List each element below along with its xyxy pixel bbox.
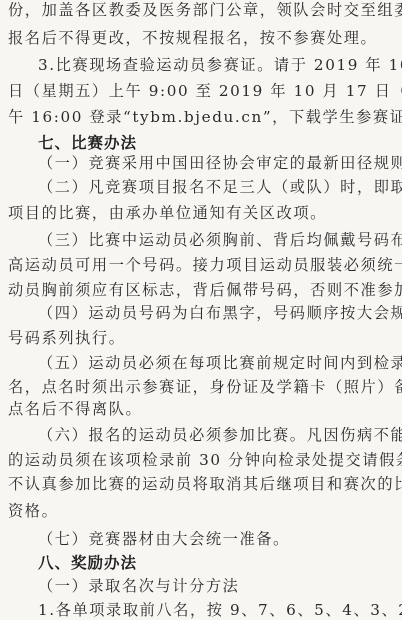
text-line: 动员胸前须应有区标志，背后佩带号码，否则不准参加比赛。 <box>8 280 396 300</box>
section-heading-seven: 七、比赛办法 <box>38 133 396 153</box>
text-line: 报名后不得更改，不按规程报名，按不参赛处理。 <box>8 28 396 48</box>
text-line: 名，点名时须出示参赛证，身份证及学籍卡（照片）备查， <box>8 377 396 397</box>
text-line: （一）竞赛采用中国田径协会审定的最新田径规则。 <box>38 153 396 173</box>
text-line: （六）报名的运动员必须参加比赛。凡因伤病不能参赛 <box>38 425 396 445</box>
text-line: 1.各单项录取前八名，按 9、7、6、5、4、3、2、1 记 <box>38 600 396 620</box>
text-line: （五）运动员必须在每项比赛前规定时间内到检录处点 <box>38 353 396 373</box>
text-line: （七）竞赛器材由大会统一准备。 <box>38 529 396 549</box>
text-line: 不认真参加比赛的运动员将取消其后继项目和赛次的比赛 <box>8 474 396 494</box>
document-page: 份，加盖各区教委及医务部门公章，领队会时交至组委会。 报名后不得更改，不按规程报… <box>0 0 402 620</box>
subsection-heading: （一）录取名次与计分方法 <box>38 576 396 596</box>
section-heading-eight: 八、奖励办法 <box>38 553 396 573</box>
text-line: 午 16:00 登录“tybm.bjedu.cn”，下载学生参赛证。 <box>8 107 396 127</box>
text-line: 日（星期五）上午 9:00 至 2019 年 10 月 17 日（星期四）下 <box>8 81 396 101</box>
text-line: 项目的比赛，由承办单位通知有关区改项。 <box>8 203 396 223</box>
text-line: （二）凡竞赛项目报名不足三人（或队）时，即取消该 <box>38 177 396 197</box>
text-line: 高运动员可用一个号码。接力项目运动员服装必须统一，运 <box>8 255 396 275</box>
text-line: （四）运动员号码为白布黑字，号码顺序按大会规定的 <box>38 303 396 323</box>
text-line: 份，加盖各区教委及医务部门公章，领队会时交至组委会。 <box>8 0 396 20</box>
text-line: 3.比赛现场查验运动员参赛证。请于 2019 年 10 月 11 <box>38 55 396 75</box>
text-line: 点名后不得离队。 <box>8 399 396 419</box>
text-line: 的运动员须在该项检录前 30 分钟向检录处提交请假条，凡 <box>8 450 396 470</box>
text-line: 号码系列执行。 <box>8 328 396 348</box>
text-line: （三）比赛中运动员必须胸前、背后均佩戴号码布，跳 <box>38 230 396 250</box>
text-line: 资格。 <box>8 501 396 521</box>
